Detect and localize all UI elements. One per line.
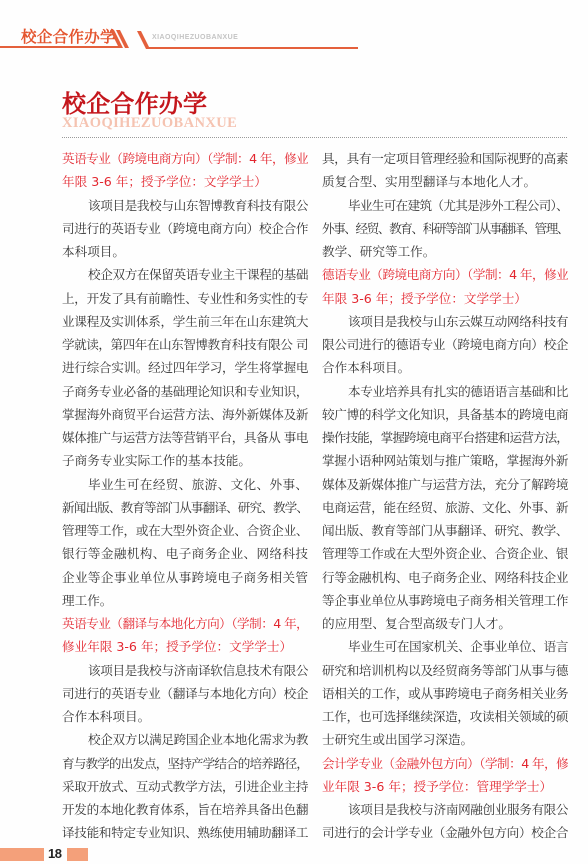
text-line: 司进行的英语专业（跨境电商方向）校企合作 xyxy=(62,217,308,240)
dotted-divider xyxy=(62,137,567,138)
text-line: 上，开发了具有前瞻性、专业性和务实性的专 xyxy=(62,287,308,310)
text-line: 修业年限 3-6 年；授予学位：文学学士） xyxy=(62,635,308,658)
brochure-page: 校企合作办学 XIAOQIHEZUOBANXUE 校企合作办学 XIAOQIHE… xyxy=(0,0,588,864)
text-line: 育与教学的出发点，坚持产学结合的培养路径， xyxy=(62,752,308,775)
paragraph: 毕业生可在建筑（尤其是涉外工程公司）、 外事、经贸、教育、科研等部门从事翻译、管… xyxy=(322,194,568,264)
text-line: 掌握海外商贸平台运营方法、海外新媒体及新 xyxy=(62,403,308,426)
text-line: 校企双方在保留英语专业主干课程的基础 xyxy=(62,263,308,286)
text-line: 操作技能，掌握跨境电商平台搭建和运营方法， xyxy=(322,426,568,449)
text-line: 年限 3-6 年；授予学位：文学学士） xyxy=(62,170,308,193)
text-line: 英语专业（翻译与本地化方向）（学制：4 年， xyxy=(62,612,308,635)
text-line: 业课程及实训体系，学生前三年在山东建筑大 xyxy=(62,310,308,333)
text-line: 毕业生可在国家机关、企事业单位、语言 xyxy=(322,635,568,658)
text-line: 教学、研究等工作。 xyxy=(322,240,568,263)
section-title: 校企合作办学 xyxy=(62,84,207,119)
header-rule-right xyxy=(148,47,358,49)
paragraph: 校企双方在保留英语专业主干课程的基础 上，开发了具有前瞻性、专业性和务实性的专 … xyxy=(62,263,308,472)
text-line: 具，具有一定项目管理经验和国际视野的高素 xyxy=(322,147,568,170)
text-line: 较广博的科学文化知识，具备基本的跨境电商 xyxy=(322,403,568,426)
text-line: 电商运营，能在经贸、旅游、文化、外事、新 xyxy=(322,496,568,519)
text-line: 限公司进行的德语专业（跨境电商方向）校企 xyxy=(322,333,568,356)
text-line: 业年限 3-6 年；授予学位：管理学学士） xyxy=(322,775,568,798)
paragraph-continued: 具，具有一定项目管理经验和国际视野的高素 质复合型、实用型翻译与本地化人才。 xyxy=(322,147,568,194)
text-line: 英语专业（跨境电商方向）（学制：4 年，修业 xyxy=(62,147,308,170)
footer-square xyxy=(67,848,88,861)
paragraph: 该项目是我校与山东智博教育科技有限公 司进行的英语专业（跨境电商方向）校企合作 … xyxy=(62,194,308,264)
text-line: 毕业生可在建筑（尤其是涉外工程公司）、 xyxy=(322,194,568,217)
text-line: 新闻出版、教育等部门从事翻译、研究、教学、 xyxy=(62,496,308,519)
text-line: 进行综合实训。经过四年学习，学生将掌握电 xyxy=(62,356,308,379)
header-rule-left xyxy=(0,46,119,48)
running-header-title: 校企合作办学 xyxy=(21,25,116,47)
text-line: 采取开放式、互动式教学方法，引进企业主持 xyxy=(62,775,308,798)
text-line: 等企事业单位从事跨境电子商务相关管理工作 xyxy=(322,589,568,612)
text-line: 毕业生可在经贸、旅游、文化、外事、 xyxy=(62,473,308,496)
text-line: 的应用型、复合型高级专门人才。 xyxy=(322,612,568,635)
text-line: 合作本科项目。 xyxy=(322,356,568,379)
page-number: 18 xyxy=(48,846,61,861)
text-line: 媒体推广与运营方法等营销平台，具备从 事电 xyxy=(62,426,308,449)
section-subtitle: XIAOQIHEZUOBANXUE xyxy=(62,115,237,132)
text-line: 校企双方以满足跨国企业本地化需求为教 xyxy=(62,728,308,751)
text-line: 该项目是我校与山东云媒互动网络科技有 xyxy=(322,310,568,333)
paragraph: 该项目是我校与山东云媒互动网络科技有 限公司进行的德语专业（跨境电商方向）校企 … xyxy=(322,310,568,380)
text-line: 子商务专业必备的基础理论知识和专业知识， xyxy=(62,380,308,403)
paragraph: 本专业培养具有扎实的德语语言基础和比 较广博的科学文化知识，具备基本的跨境电商 … xyxy=(322,380,568,636)
text-line: 译技能和特定专业知识、熟练使用辅助翻译工 xyxy=(62,821,308,844)
paragraph: 校企双方以满足跨国企业本地化需求为教 育与教学的出发点，坚持产学结合的培养路径，… xyxy=(62,728,308,844)
text-line: 掌握小语种网站策划与推广策略，掌握海外新 xyxy=(322,449,568,472)
text-line: 司进行的英语专业（翻译与本地化方向）校企 xyxy=(62,682,308,705)
text-line: 研究和培训机构以及经贸商务等部门从事与德 xyxy=(322,659,568,682)
header-slash-decoration-icon xyxy=(106,28,152,50)
program-heading: 英语专业（翻译与本地化方向）（学制：4 年， 修业年限 3-6 年；授予学位：文… xyxy=(62,612,308,659)
text-line: 该项目是我校与济南译软信息技术有限公 xyxy=(62,659,308,682)
text-line: 企业等企事业单位从事跨境电子商务相关管 xyxy=(62,566,308,589)
paragraph: 毕业生可在国家机关、企事业单位、语言 研究和培训机构以及经贸商务等部门从事与德 … xyxy=(322,635,568,751)
text-line: 年限 3-6 年；授予学位：文学学士） xyxy=(322,287,568,310)
program-heading: 德语专业（跨境电商方向）（学制：4 年，修业 年限 3-6 年；授予学位：文学学… xyxy=(322,263,568,310)
text-line: 子商务专业实际工作的基本技能。 xyxy=(62,449,308,472)
paragraph: 该项目是我校与济南网融创业服务有限公 司进行的会计学专业（金融外包方向）校企合 xyxy=(322,798,568,845)
text-line: 媒体及新媒体推广与运营方法，充分了解跨境 xyxy=(322,473,568,496)
text-line: 本专业培养具有扎实的德语语言基础和比 xyxy=(322,380,568,403)
text-line: 语相关的工作，或从事跨境电子商务相关业务 xyxy=(322,682,568,705)
text-column-left: 英语专业（跨境电商方向）（学制：4 年，修业 年限 3-6 年；授予学位：文学学… xyxy=(62,147,308,845)
text-line: 该项目是我校与济南网融创业服务有限公 xyxy=(322,798,568,821)
text-line: 银行等金融机构、电子商务企业、网络科技 xyxy=(62,542,308,565)
program-heading: 会计学专业（金融外包方向）（学制：4 年，修 业年限 3-6 年；授予学位：管理… xyxy=(322,752,568,799)
text-line: 质复合型、实用型翻译与本地化人才。 xyxy=(322,170,568,193)
text-line: 闻出版、教育等部门从事翻译、研究、教学、 xyxy=(322,519,568,542)
text-line: 管理等工作或在大型外资企业、合资企业、银 xyxy=(322,542,568,565)
text-line: 合作本科项目。 xyxy=(62,705,308,728)
text-line: 开发的本地化教育体系，旨在培养具备出色翻 xyxy=(62,798,308,821)
text-line: 德语专业（跨境电商方向）（学制：4 年，修业 xyxy=(322,263,568,286)
footer-bar xyxy=(0,848,44,861)
running-header-subtitle: XIAOQIHEZUOBANXUE xyxy=(152,34,238,41)
text-line: 该项目是我校与山东智博教育科技有限公 xyxy=(62,194,308,217)
text-line: 士研究生或出国学习深造。 xyxy=(322,728,568,751)
text-line: 理工作。 xyxy=(62,589,308,612)
text-line: 司进行的会计学专业（金融外包方向）校企合 xyxy=(322,821,568,844)
text-line: 行等金融机构、电子商务企业、网络科技企业 xyxy=(322,566,568,589)
program-heading: 英语专业（跨境电商方向）（学制：4 年，修业 年限 3-6 年；授予学位：文学学… xyxy=(62,147,308,194)
text-line: 会计学专业（金融外包方向）（学制：4 年，修 xyxy=(322,752,568,775)
text-line: 管理等工作，或在大型外资企业、合资企业、 xyxy=(62,519,308,542)
paragraph: 毕业生可在经贸、旅游、文化、外事、 新闻出版、教育等部门从事翻译、研究、教学、 … xyxy=(62,473,308,613)
text-column-right: 具，具有一定项目管理经验和国际视野的高素 质复合型、实用型翻译与本地化人才。 毕… xyxy=(322,147,568,845)
text-line: 本科项目。 xyxy=(62,240,308,263)
text-line: 外事、经贸、教育、科研等部门从事翻译、管理、 xyxy=(322,217,568,240)
paragraph: 该项目是我校与济南译软信息技术有限公 司进行的英语专业（翻译与本地化方向）校企 … xyxy=(62,659,308,729)
text-line: 学就读，第四年在山东智博教育科技有限公 司 xyxy=(62,333,308,356)
text-line: 工作，也可选择继续深造，攻读相关领域的硕 xyxy=(322,705,568,728)
